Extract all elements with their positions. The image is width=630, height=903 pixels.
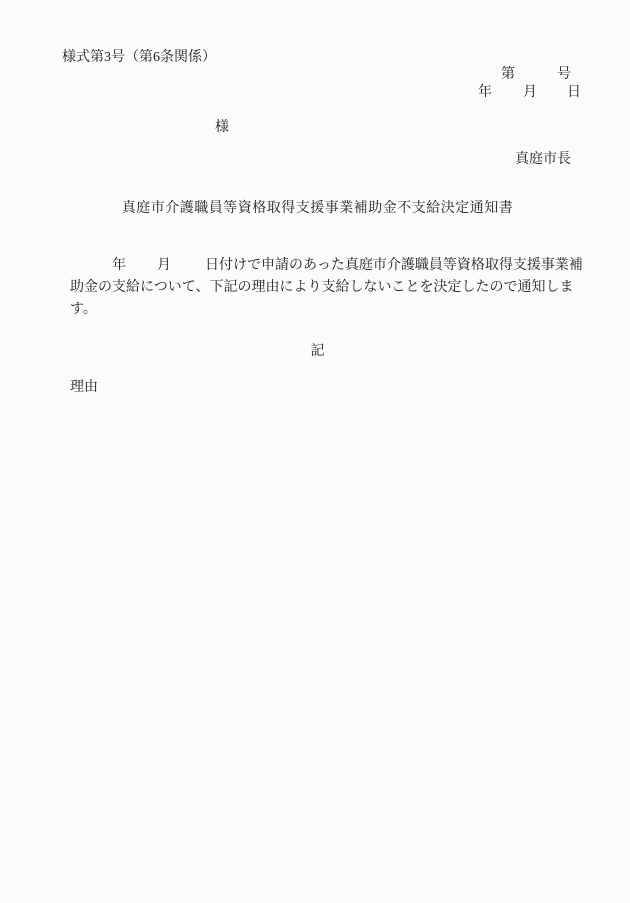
doc-number-line: 第号 [501,68,571,82]
document-title: 真庭市介護職員等資格取得支援事業補助金不支給決定通知書 [65,202,570,216]
body-year-label: 年 [112,258,126,273]
body-month-blank [126,268,157,269]
form-number-label: 様式第3号（第6条関係） [62,51,216,65]
body-indent-blank [70,268,112,269]
reason-label: 理由 [70,381,98,395]
date-day-blank [537,95,567,96]
date-year-label: 年 [478,85,492,100]
body-month-label: 月 [157,258,171,273]
body-line-3: す。 [70,303,97,317]
doc-number-prefix: 第 [501,67,515,82]
document-title-text: 真庭市介護職員等資格取得支援事業補助金不支給決定通知書 [122,201,514,216]
sender-label: 真庭市長 [515,153,571,167]
issue-date-line: 年月日 [478,86,581,100]
date-day-label: 日 [567,85,581,100]
body-line-1: 年月日付けで申請のあった真庭市介護職員等資格取得支援事業補 [70,259,583,273]
date-month-label: 月 [523,85,537,100]
doc-number-blank [515,77,557,78]
date-month-blank [492,95,523,96]
body-line-1-text: 日付けで申請のあった真庭市介護職員等資格取得支援事業補 [205,258,583,273]
body-day-blank [171,268,205,269]
record-marker: 記 [65,345,570,359]
body-line-2: 助金の支給について、下記の理由により支給しないことを決定したので通知しま [70,281,573,295]
doc-number-suffix: 号 [557,67,571,82]
addressee-suffix-label: 様 [215,121,229,135]
document-page: { "page": { "background_color": "#fbfbfb… [0,0,630,903]
